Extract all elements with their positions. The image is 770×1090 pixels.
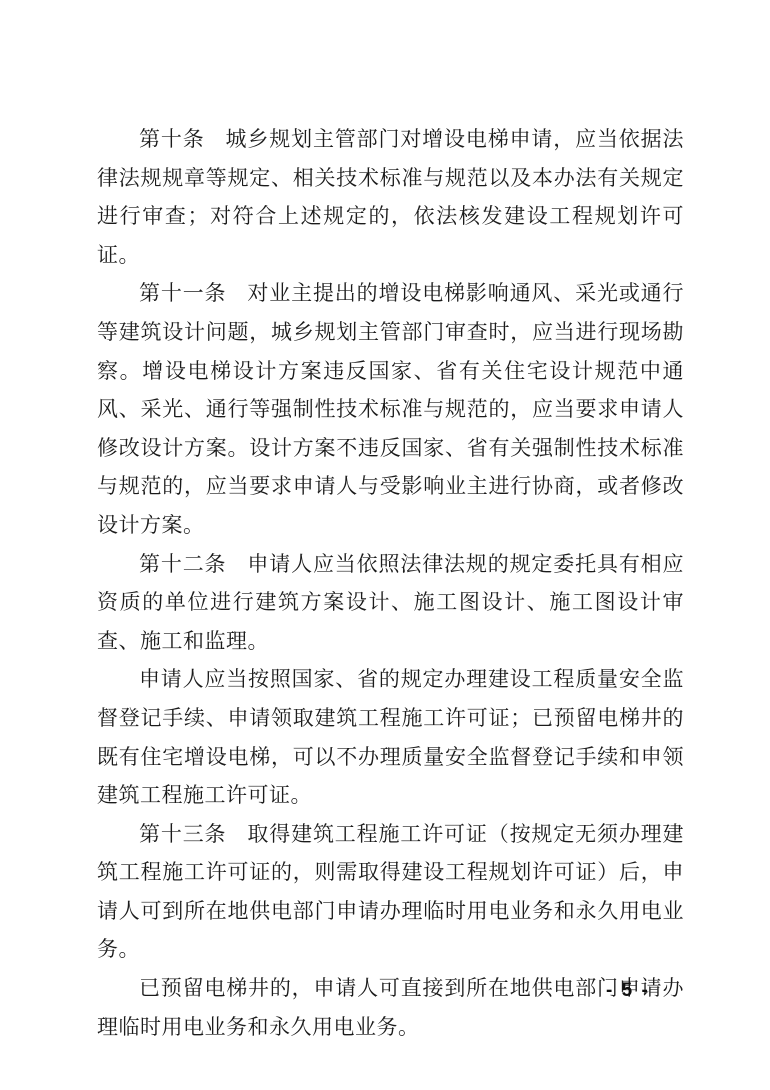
paragraph-article-13: 第十三条取得建筑工程施工许可证（按规定无须办理建筑工程施工许可证的，则需取得建设… <box>97 816 684 970</box>
paragraph-article-12-continuation: 申请人应当按照国家、省的规定办理建设工程质量安全监督登记手续、申请领取建筑工程施… <box>97 661 684 815</box>
article-13-label: 第十三条 <box>139 823 226 846</box>
paragraph-article-13-continuation: 已预留电梯井的，申请人可直接到所在地供电部门申请办理临时用电业务和永久用电业务。 <box>97 970 684 1047</box>
page-number: - 5 - <box>606 980 650 1002</box>
paragraph-article-12: 第十二条申请人应当依照法律法规的规定委托具有相应资质的单位进行建筑方案设计、施工… <box>97 546 684 662</box>
document-body: 第十条城乡规划主管部门对增设电梯申请，应当依据法律法规规章等规定、相关技术标准与… <box>97 121 684 1047</box>
document-page: 第十条城乡规划主管部门对增设电梯申请，应当依据法律法规规章等规定、相关技术标准与… <box>0 0 770 1090</box>
article-13-continuation-text: 已预留电梯井的，申请人可直接到所在地供电部门申请办理临时用电业务和永久用电业务。 <box>97 977 684 1039</box>
article-12-label: 第十二条 <box>139 553 226 576</box>
article-11-text: 对业主提出的增设电梯影响通风、采光或通行等建筑设计问题，城乡规划主管部门审查时，… <box>97 282 684 537</box>
article-10-label: 第十条 <box>139 128 205 151</box>
article-11-label: 第十一条 <box>139 282 226 305</box>
paragraph-article-11: 第十一条对业主提出的增设电梯影响通风、采光或通行等建筑设计问题，城乡规划主管部门… <box>97 275 684 545</box>
paragraph-article-10: 第十条城乡规划主管部门对增设电梯申请，应当依据法律法规规章等规定、相关技术标准与… <box>97 121 684 275</box>
article-12-continuation-text: 申请人应当按照国家、省的规定办理建设工程质量安全监督登记手续、申请领取建筑工程施… <box>97 668 684 807</box>
